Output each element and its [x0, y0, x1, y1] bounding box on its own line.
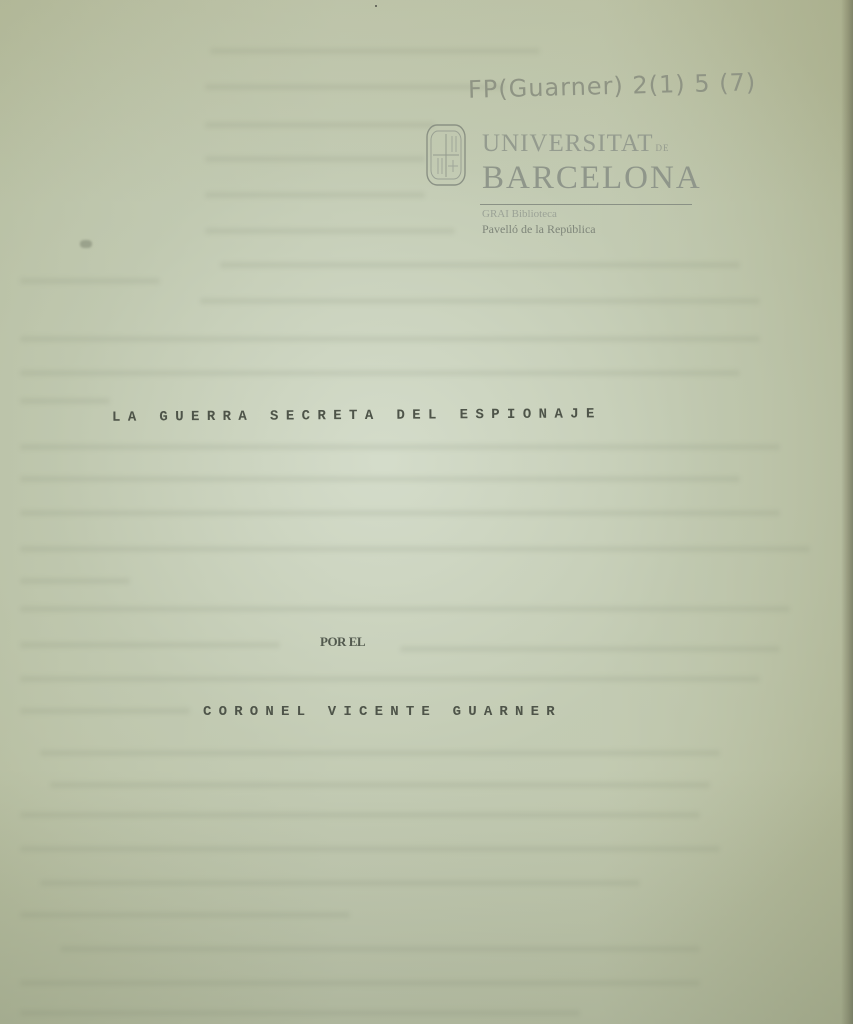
stamp-library: GRAI Biblioteca — [482, 208, 557, 220]
coat-of-arms-icon — [424, 122, 468, 188]
ink-smudge — [80, 240, 92, 248]
stamp-university: UNIVERSITATDE — [482, 130, 670, 158]
page-edge-shadow — [841, 0, 853, 1024]
document-page: FP(Guarner) 2(1) 5 (7) UNIVERSITATDE BAR… — [0, 0, 853, 1024]
stamp-city: BARCELONA — [482, 160, 702, 197]
library-stamp: UNIVERSITATDE BARCELONA GRAI Biblioteca … — [422, 118, 702, 248]
ink-dot — [375, 5, 377, 7]
author-name: CORONEL VICENTE GUARNER — [203, 704, 562, 720]
stamp-divider — [480, 204, 692, 205]
handwritten-call-number: FP(Guarner) 2(1) 5 (7) — [468, 68, 757, 104]
byline: POR EL — [320, 634, 365, 650]
stamp-building: Pavelló de la República — [482, 222, 596, 237]
document-title: LA GUERRA SECRETA DEL ESPIONAJE — [112, 406, 602, 425]
